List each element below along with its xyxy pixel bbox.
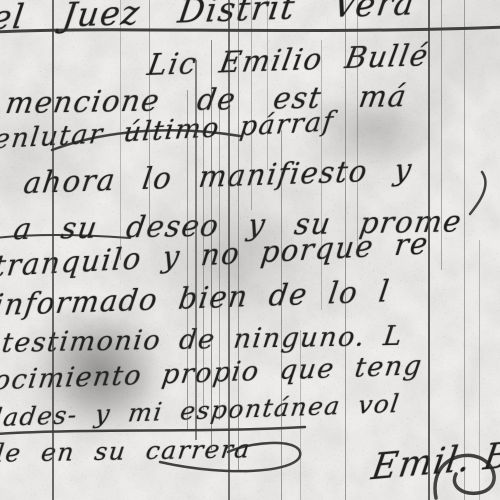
handwriting-line: el Juez Distrit Véra [0, 0, 418, 37]
handwriting-line: le en su carrera [0, 435, 253, 469]
descender-stroke-right-edge [470, 172, 485, 214]
handwriting-line: Lic Emilio Bullé [145, 38, 432, 82]
signature: Emil. B [369, 435, 500, 488]
scan-streak-vertical [464, 0, 465, 500]
scan-streak-vertical [428, 0, 430, 500]
handwriting-line: ahora lo manifiesto y [22, 152, 415, 200]
handwriting-line: lades- y mi espontánea vol [0, 389, 402, 432]
handwriting-line: informado bien de lo l [0, 274, 392, 322]
manuscript-page: el Juez Distrit Véra Lic Emilio Bullé me… [0, 0, 500, 500]
